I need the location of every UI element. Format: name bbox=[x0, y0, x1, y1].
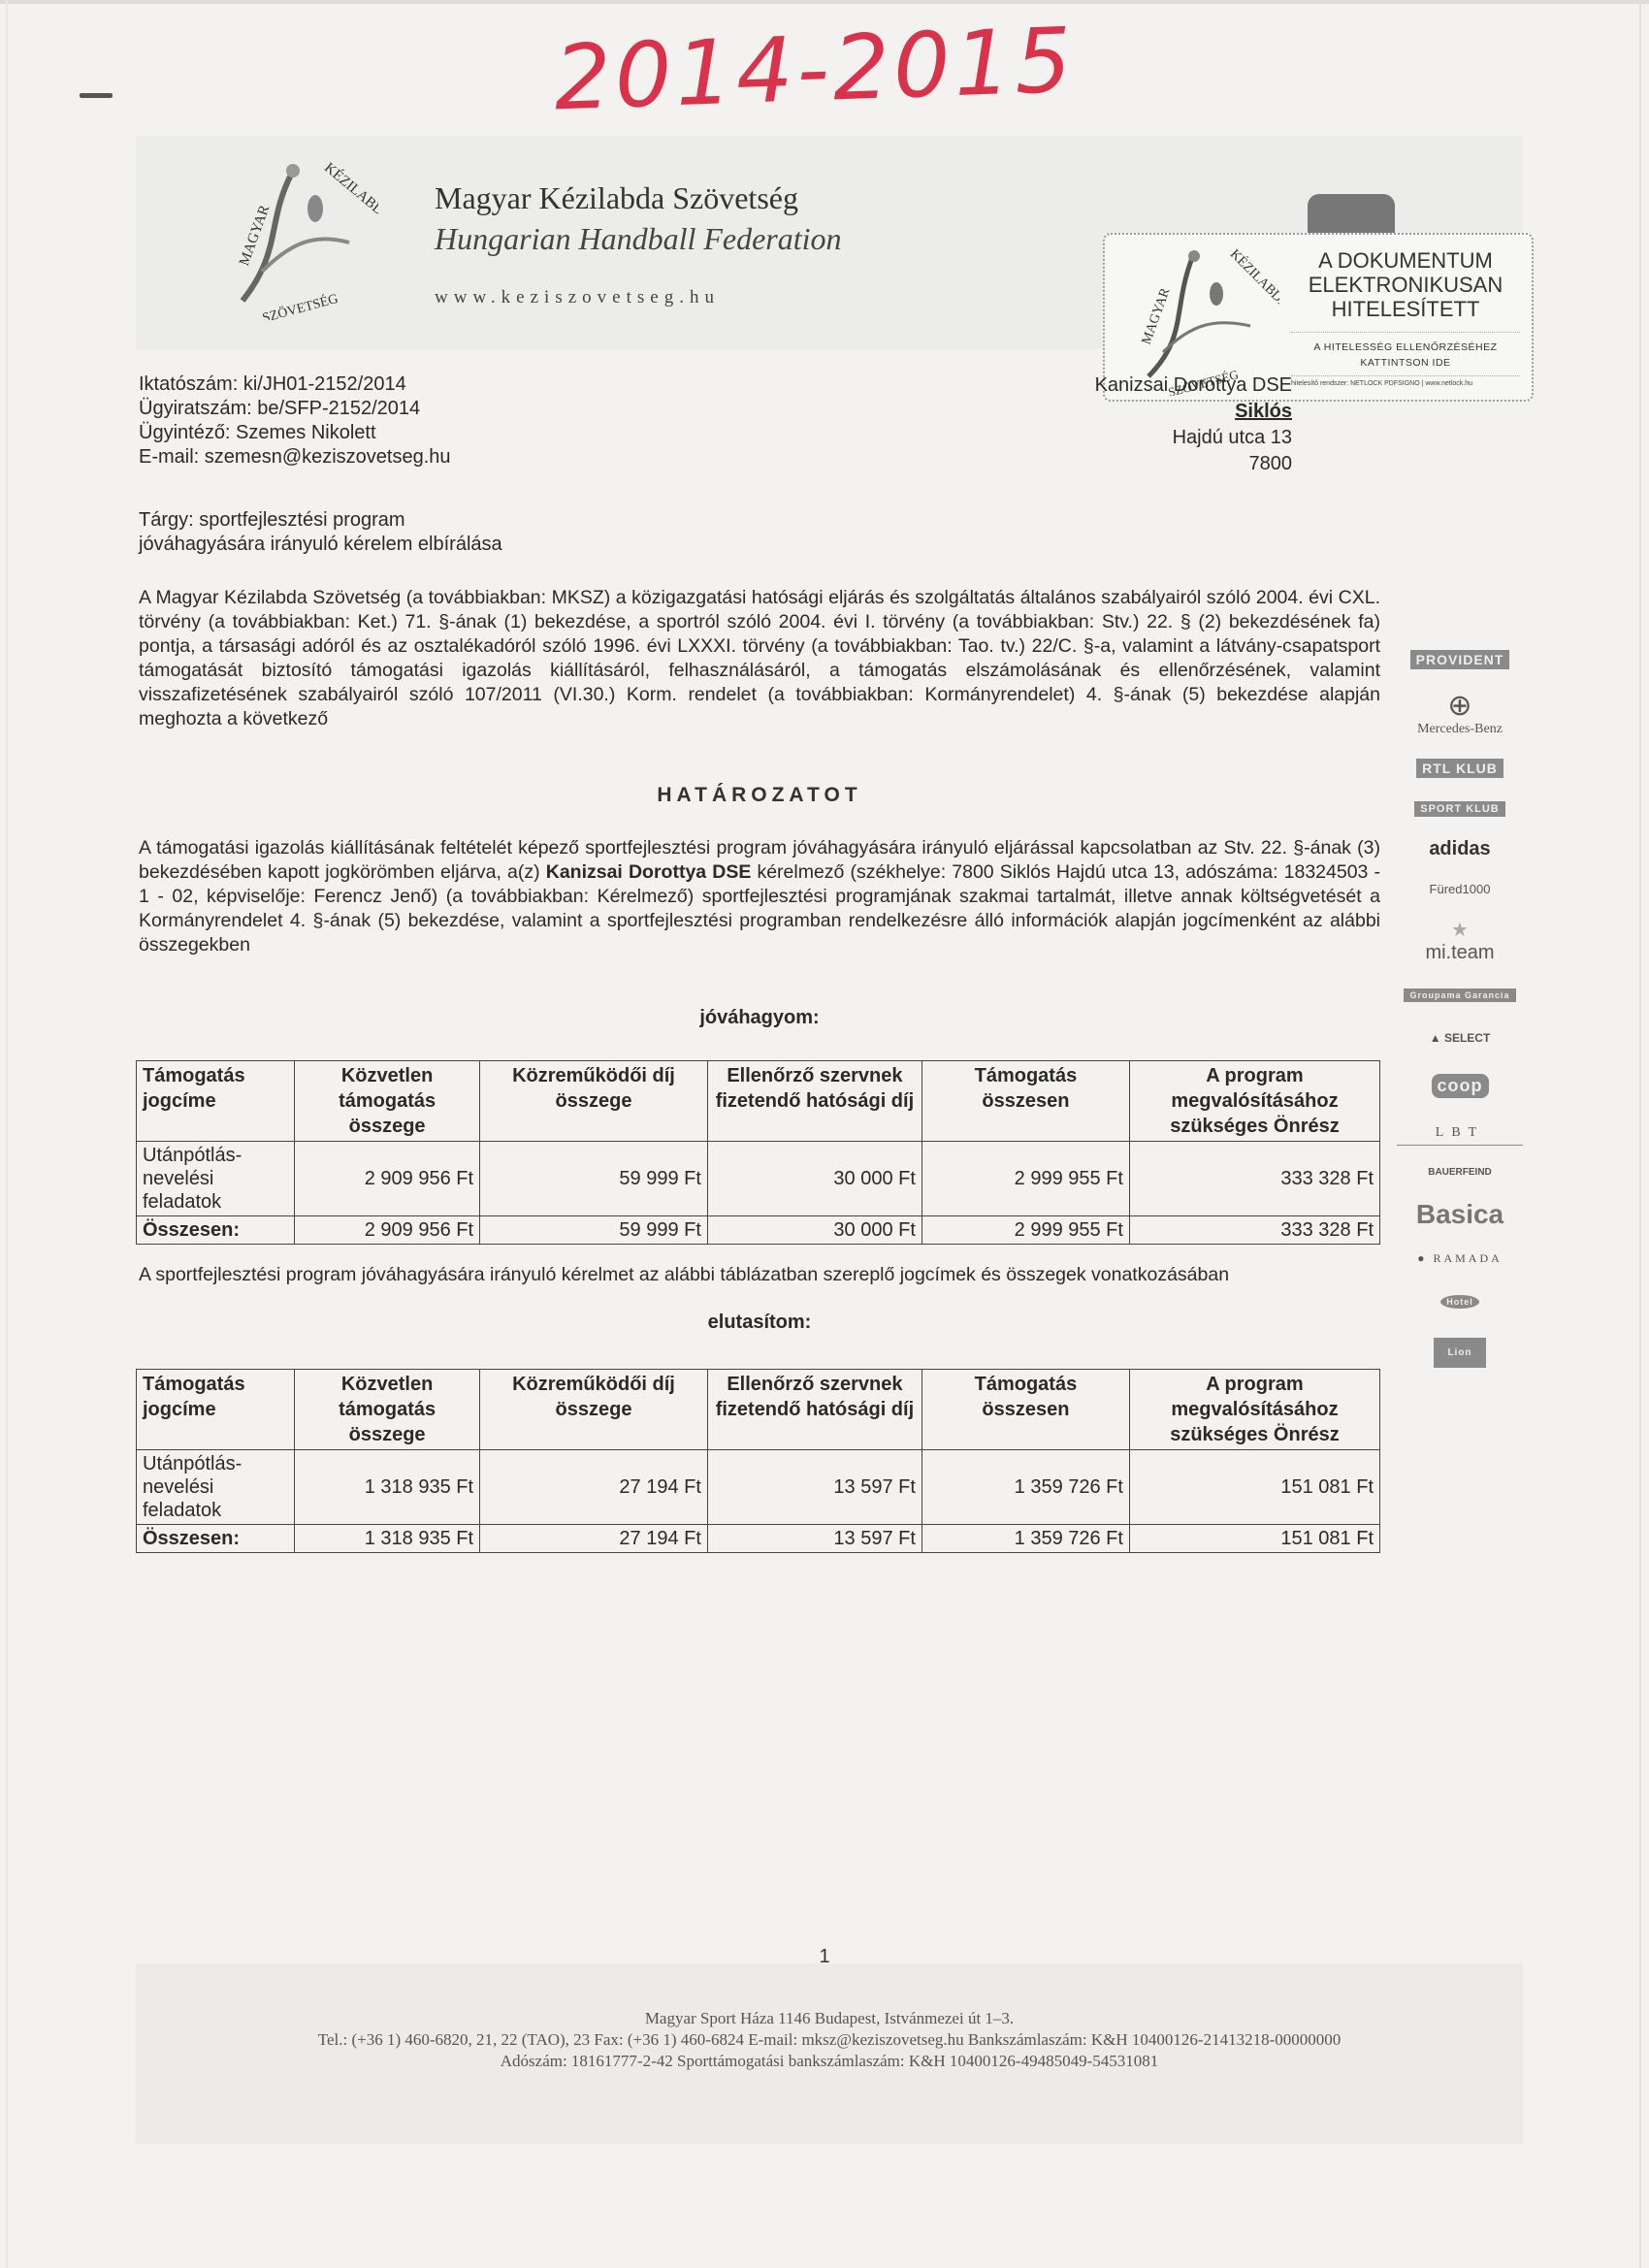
triangle-icon: ▲ bbox=[1430, 1031, 1441, 1045]
sponsor-lbt-logo-icon: LBT bbox=[1397, 1125, 1523, 1146]
org-website[interactable]: www.keziszovetseg.hu bbox=[435, 287, 720, 308]
sponsor-lion-logo-icon: Lion bbox=[1397, 1338, 1523, 1368]
cell-authority-fee: 30 000 Ft bbox=[707, 1216, 921, 1245]
sponsor-label: SPORT KLUB bbox=[1414, 801, 1505, 817]
subject-block: Tárgy: sportfejlesztési program jóváhagy… bbox=[139, 508, 502, 557]
cell-intermediary-fee: 27 194 Ft bbox=[480, 1450, 708, 1525]
svg-text:SZÖVETSÉG: SZÖVETSÉG bbox=[261, 290, 340, 320]
cell-title: Összesen: bbox=[137, 1525, 295, 1553]
federation-logo-icon: MAGYAR KÉZILABDA SZÖVETSÉG bbox=[223, 155, 378, 320]
footer: Magyar Sport Háza 1146 Budapest, Istvánm… bbox=[136, 2008, 1523, 2072]
table-header-row: Támogatás jogcíme Közvetlen támogatás ös… bbox=[137, 1061, 1380, 1142]
table-header-row: Támogatás jogcíme Közvetlen támogatás ös… bbox=[137, 1370, 1380, 1450]
cell-support-total: 2 999 955 Ft bbox=[921, 1216, 1129, 1245]
cell-support-total: 2 999 955 Ft bbox=[921, 1142, 1129, 1216]
cell-direct-support: 1 318 935 Ft bbox=[295, 1450, 480, 1525]
subject-line-2: jóváhagyására irányuló kérelem elbírálás… bbox=[139, 533, 502, 557]
case-officer: Ügyintéző: Szemes Nikolett bbox=[139, 421, 451, 445]
cell-own-contribution: 151 081 Ft bbox=[1129, 1525, 1379, 1553]
sponsor-select-logo-icon: ▲ SELECT bbox=[1397, 1031, 1523, 1045]
legal-basis-paragraph: A Magyar Kézilabda Szövetség (a továbbia… bbox=[139, 586, 1380, 731]
sponsor-label: Groupama Garancia bbox=[1404, 988, 1515, 1002]
page-edge-right bbox=[1639, 0, 1641, 2268]
sponsor-label: Hotel bbox=[1440, 1295, 1479, 1309]
sponsor-label: PROVIDENT bbox=[1410, 650, 1510, 669]
filing-number: Iktatószám: ki/JH01-2152/2014 bbox=[139, 373, 451, 397]
officer-email[interactable]: E-mail: szemesn@keziszovetseg.hu bbox=[139, 445, 451, 470]
svg-text:KÉZILABDA: KÉZILABDA bbox=[1227, 245, 1279, 312]
col-header: A program megvalósításához szükséges Önr… bbox=[1129, 1061, 1379, 1142]
col-header: Támogatás jogcíme bbox=[137, 1370, 295, 1450]
col-header: Támogatás összesen bbox=[921, 1370, 1129, 1450]
sponsor-label: SELECT bbox=[1444, 1031, 1490, 1045]
cell-direct-support: 1 318 935 Ft bbox=[295, 1525, 480, 1553]
cell-direct-support: 2 909 956 Ft bbox=[295, 1216, 480, 1245]
decision-paragraph: A támogatási igazolás kiállításának felt… bbox=[139, 836, 1380, 957]
stamp-title-line: HITELESÍTETT bbox=[1289, 297, 1522, 321]
org-name-english: Hungarian Handball Federation bbox=[435, 221, 842, 257]
sponsor-basica-logo-icon: Basica bbox=[1397, 1199, 1523, 1230]
sponsor-hotel-logo-icon: Hotel bbox=[1397, 1295, 1523, 1309]
globe-icon: ● bbox=[1417, 1251, 1427, 1265]
recipient-zip: 7800 bbox=[1095, 451, 1292, 477]
rejection-paragraph: A sportfejlesztési program jóváhagyására… bbox=[139, 1263, 1380, 1287]
footer-contact: Tel.: (+36 1) 460-6820, 21, 22 (TAO), 23… bbox=[136, 2029, 1523, 2051]
cell-direct-support: 2 909 956 Ft bbox=[295, 1142, 480, 1216]
star-icon: ★ bbox=[1397, 918, 1523, 942]
applicant-name: Kanizsai Dorottya DSE bbox=[546, 861, 752, 883]
col-header: Támogatás jogcíme bbox=[137, 1061, 295, 1142]
col-header: Közreműködői díj összege bbox=[480, 1370, 708, 1450]
svg-text:MAGYAR: MAGYAR bbox=[1140, 285, 1174, 346]
sponsor-rtl-logo-icon: RTL KLUB bbox=[1397, 759, 1523, 778]
sponsor-provident-logo-icon: PROVIDENT bbox=[1397, 650, 1523, 669]
sponsor-label: Mercedes-Benz bbox=[1397, 722, 1523, 737]
cell-intermediary-fee: 27 194 Ft bbox=[480, 1525, 708, 1553]
cell-intermediary-fee: 59 999 Ft bbox=[480, 1142, 708, 1216]
col-header: Támogatás összesen bbox=[921, 1061, 1129, 1142]
stamp-title: A DOKUMENTUM ELEKTRONIKUSAN HITELESÍTETT bbox=[1289, 248, 1522, 321]
stamp-verify-link[interactable]: A HITELESSÉG ELLENŐRZÉSÉHEZ KATTINTSON I… bbox=[1289, 340, 1522, 371]
reference-block: Iktatószám: ki/JH01-2152/2014 Ügyiratszá… bbox=[139, 373, 451, 470]
sponsor-mercedes-logo-icon: ⊕ Mercedes-Benz bbox=[1397, 691, 1523, 737]
page-edge bbox=[0, 0, 1649, 4]
table-total-row: Összesen: 1 318 935 Ft 27 194 Ft 13 597 … bbox=[137, 1525, 1380, 1553]
approved-table: Támogatás jogcíme Közvetlen támogatás ös… bbox=[136, 1060, 1380, 1245]
col-header: Közvetlen támogatás összege bbox=[295, 1370, 480, 1450]
table-total-row: Összesen: 2 909 956 Ft 59 999 Ft 30 000 … bbox=[137, 1216, 1380, 1245]
stamp-divider bbox=[1291, 332, 1520, 333]
sponsor-bauerfeind-logo-icon: BAUERFEIND bbox=[1397, 1167, 1523, 1178]
handwritten-annotation: 2014-2015 bbox=[502, 7, 1126, 132]
recipient-name: Kanizsai Dorottya DSE bbox=[1095, 373, 1292, 399]
table-row: Utánpótlás-nevelési feladatok 1 318 935 … bbox=[137, 1450, 1380, 1525]
col-header: Ellenőrző szervnek fizetendő hatósági dí… bbox=[707, 1061, 921, 1142]
cell-own-contribution: 151 081 Ft bbox=[1129, 1450, 1379, 1525]
sponsor-groupama-logo-icon: Groupama Garancia bbox=[1397, 986, 1523, 1002]
recipient-street: Hajdú utca 13 bbox=[1095, 425, 1292, 451]
cell-own-contribution: 333 328 Ft bbox=[1129, 1216, 1379, 1245]
sponsor-coop-logo-icon: coop bbox=[1397, 1074, 1523, 1098]
stamp-footer: hitelesítő rendszer: NETLOCK PDFSIGNO | … bbox=[1291, 380, 1524, 387]
binder-mark bbox=[80, 93, 113, 98]
case-number: Ügyiratszám: be/SFP-2152/2014 bbox=[139, 397, 451, 421]
cell-support-total: 1 359 726 Ft bbox=[921, 1525, 1129, 1553]
sponsor-label: RTL KLUB bbox=[1416, 759, 1503, 778]
rejected-table: Támogatás jogcíme Közvetlen támogatás ös… bbox=[136, 1369, 1380, 1553]
org-name: Magyar Kézilabda Szövetség bbox=[435, 180, 798, 216]
recipient-city: Siklós bbox=[1095, 399, 1292, 425]
approved-label: jóváhagyom: bbox=[139, 1007, 1380, 1029]
stamp-title-line: ELEKTRONIKUSAN bbox=[1289, 273, 1522, 297]
sponsor-label: Lion bbox=[1434, 1338, 1485, 1368]
sponsor-adidas-logo-icon: adidas bbox=[1397, 838, 1523, 860]
stamp-title-line: A DOKUMENTUM bbox=[1289, 248, 1522, 273]
col-header: A program megvalósításához szükséges Önr… bbox=[1129, 1370, 1379, 1450]
stamp-sub-line: KATTINTSON IDE bbox=[1289, 355, 1522, 371]
cell-title: Utánpótlás-nevelési feladatok bbox=[137, 1450, 295, 1525]
col-header: Közvetlen támogatás összege bbox=[295, 1061, 480, 1142]
sponsor-label: mi.team bbox=[1425, 942, 1494, 963]
footer-address: Magyar Sport Háza 1146 Budapest, Istvánm… bbox=[136, 2008, 1523, 2029]
table-row: Utánpótlás-nevelési feladatok 2 909 956 … bbox=[137, 1142, 1380, 1216]
mercedes-star-icon: ⊕ bbox=[1397, 691, 1523, 722]
cell-authority-fee: 30 000 Ft bbox=[707, 1142, 921, 1216]
recipient-address: Kanizsai Dorottya DSE Siklós Hajdú utca … bbox=[1095, 373, 1292, 477]
svg-text:KÉZILABDA: KÉZILABDA bbox=[321, 159, 378, 225]
sponsor-sportklub-logo-icon: SPORT KLUB bbox=[1397, 799, 1523, 817]
decision-heading: HATÁROZATOT bbox=[139, 784, 1380, 807]
col-header: Ellenőrző szervnek fizetendő hatósági dí… bbox=[707, 1370, 921, 1450]
cell-authority-fee: 13 597 Ft bbox=[707, 1450, 921, 1525]
footer-tax: Adószám: 18161777-2-42 Sporttámogatási b… bbox=[136, 2051, 1523, 2072]
rejected-label: elutasítom: bbox=[139, 1312, 1380, 1334]
sponsor-ramada-logo-icon: ● RAMADA bbox=[1397, 1251, 1523, 1266]
sponsor-miteam-logo-icon: ★mi.team bbox=[1397, 918, 1523, 964]
cell-support-total: 1 359 726 Ft bbox=[921, 1450, 1129, 1525]
page-edge-left bbox=[6, 0, 8, 2268]
cell-own-contribution: 333 328 Ft bbox=[1129, 1142, 1379, 1216]
col-header: Közreműködői díj összege bbox=[480, 1061, 708, 1142]
cell-title: Utánpótlás-nevelési feladatok bbox=[137, 1142, 295, 1216]
sponsor-label: coop bbox=[1432, 1074, 1489, 1098]
subject-line-1: Tárgy: sportfejlesztési program bbox=[139, 508, 502, 533]
cell-intermediary-fee: 59 999 Ft bbox=[480, 1216, 708, 1245]
cell-title: Összesen: bbox=[137, 1216, 295, 1245]
sponsor-column: PROVIDENT ⊕ Mercedes-Benz RTL KLUB SPORT… bbox=[1397, 650, 1523, 1389]
cell-authority-fee: 13 597 Ft bbox=[707, 1525, 921, 1553]
sponsor-label: RAMADA bbox=[1433, 1251, 1502, 1265]
stamp-divider bbox=[1291, 375, 1520, 376]
stamp-sub-line: A HITELESSÉG ELLENŐRZÉSÉHEZ bbox=[1289, 340, 1522, 355]
sponsor-fured-logo-icon: Füred1000 bbox=[1397, 882, 1523, 896]
